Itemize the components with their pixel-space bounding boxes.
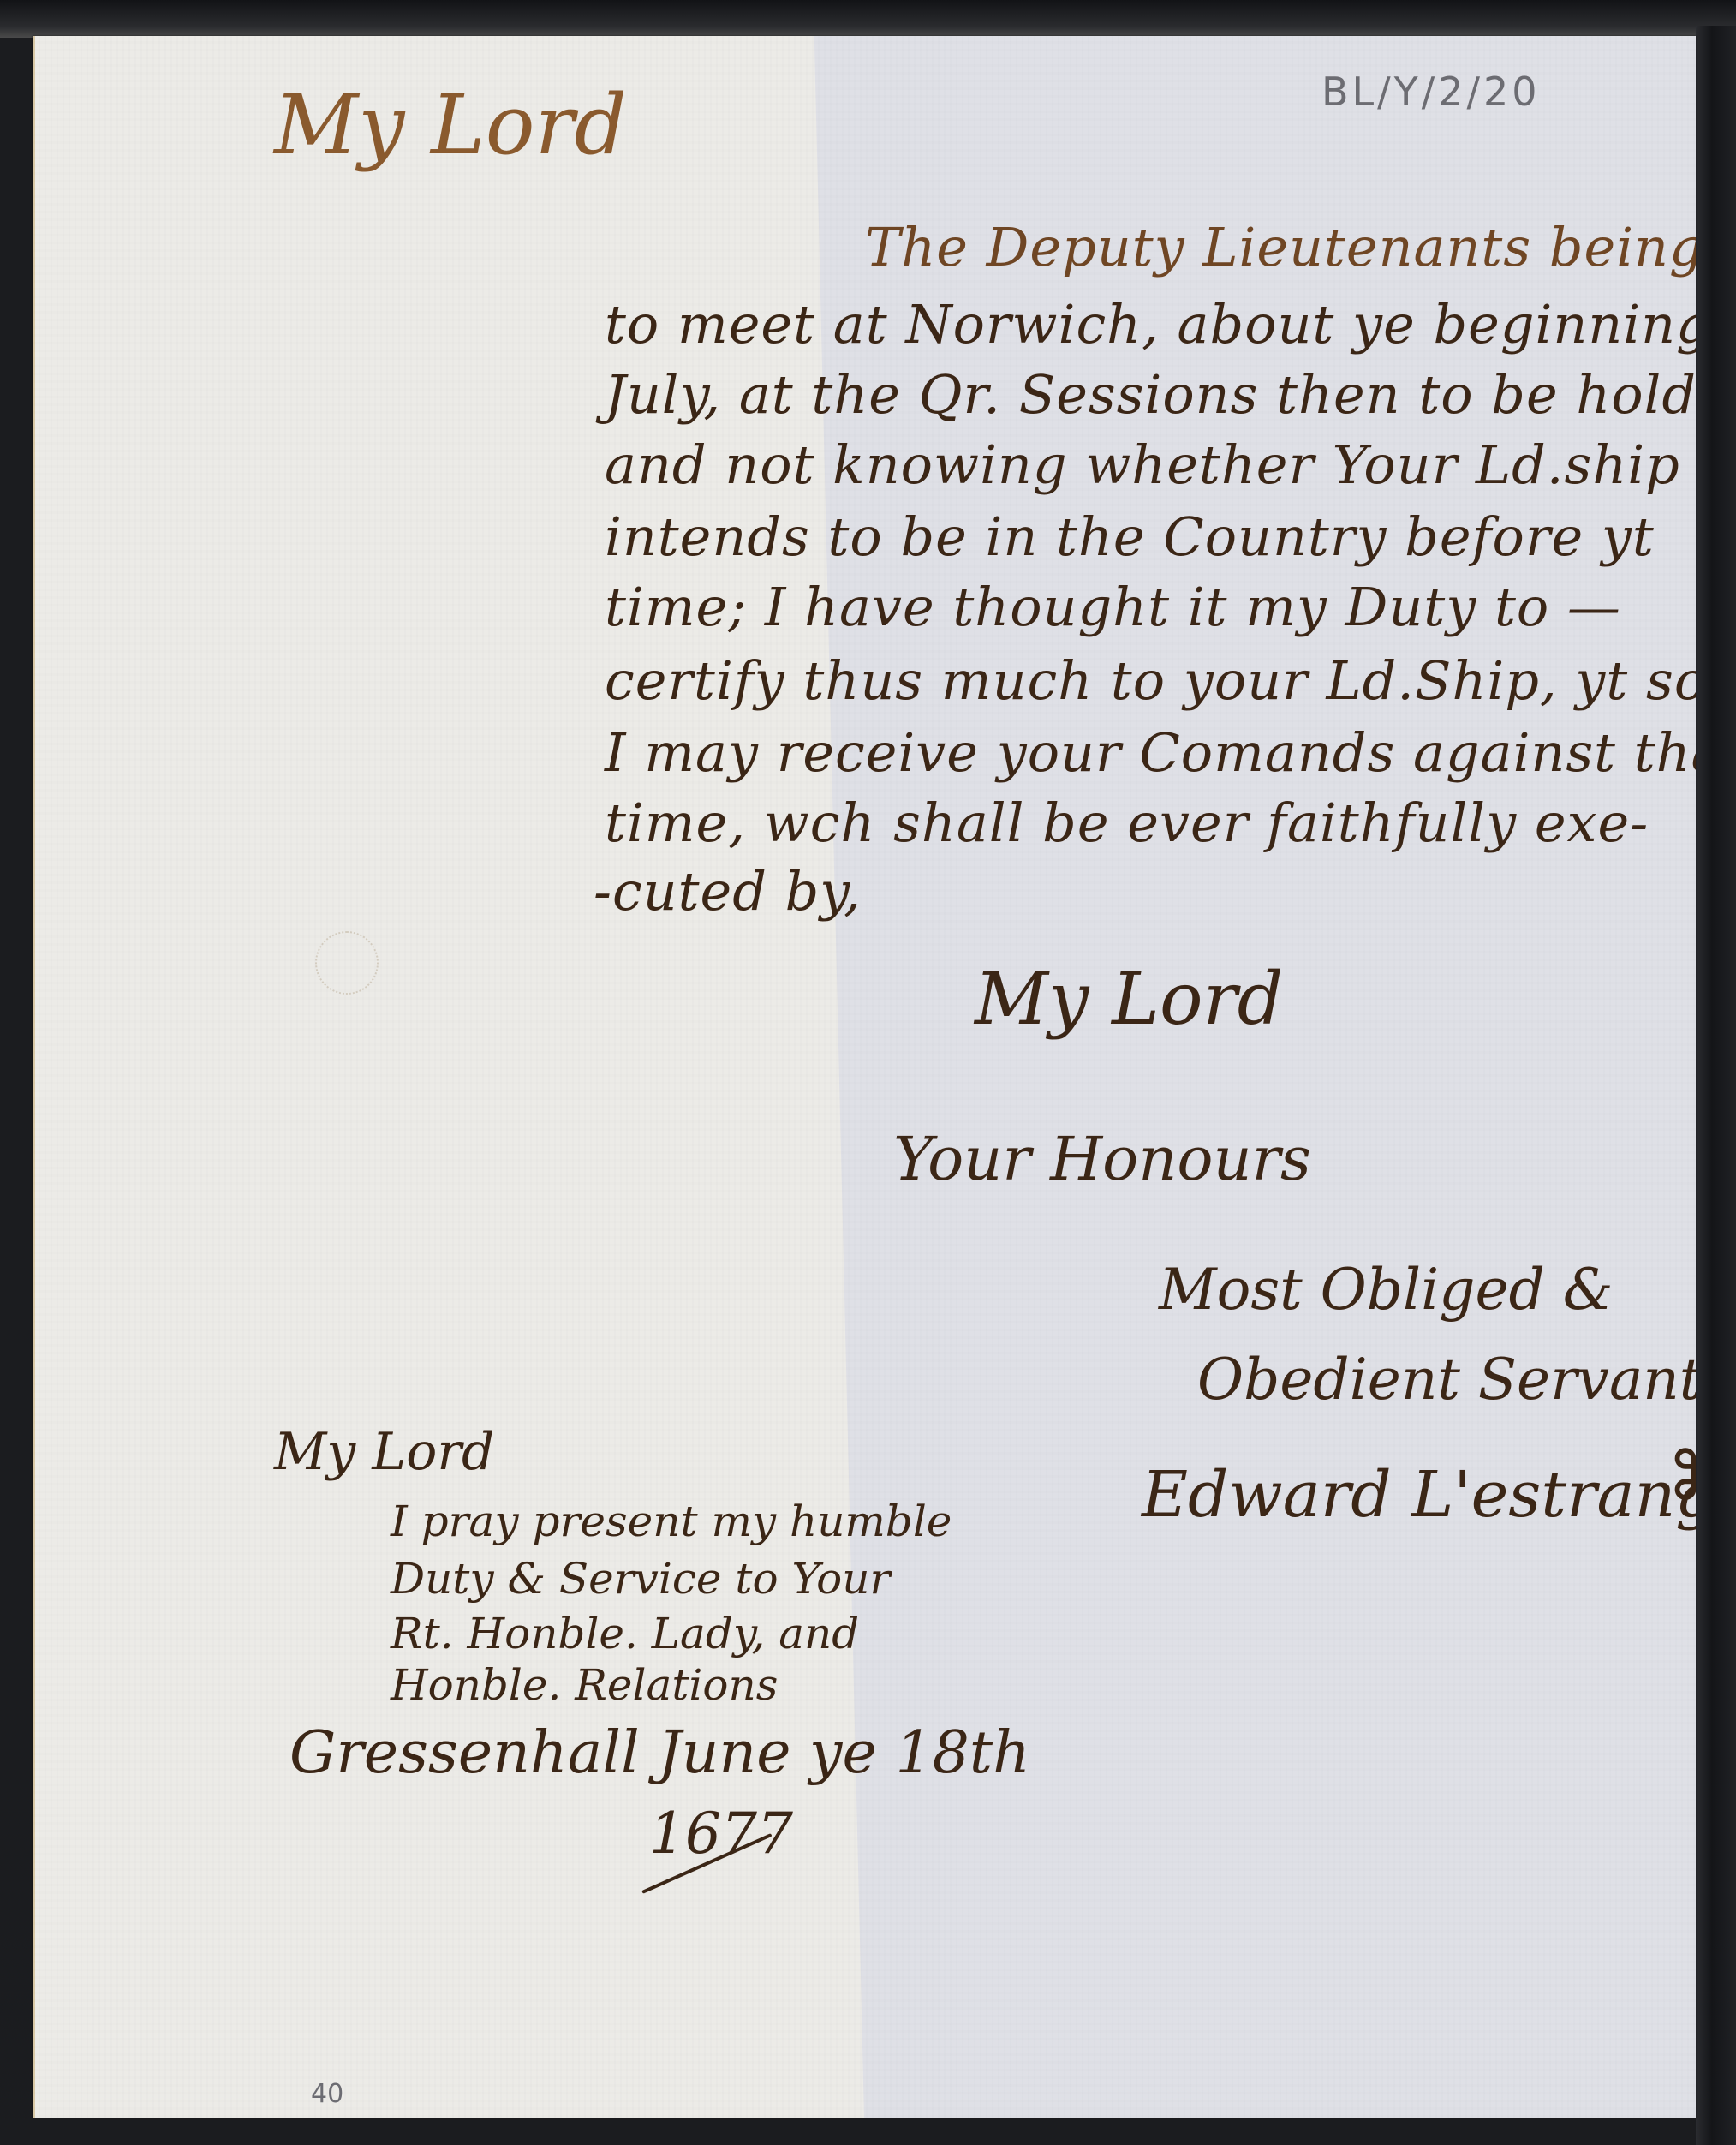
- closing-line: Most Obliged &: [1159, 1257, 1614, 1323]
- body-line: The Deputy Lieutenants being: [865, 216, 1696, 278]
- postscript-address: My Lord: [274, 1422, 494, 1482]
- scanner-frame-top: [0, 0, 1736, 38]
- letter-page: My Lord BL/Y/2/20 The Deputy Lieutenants…: [33, 36, 1696, 2118]
- signature-flourish-icon: ⌘: [1667, 1437, 1696, 1516]
- body-line: to meet at Norwich, about ye beginning o…: [605, 293, 1696, 356]
- place-date: Gressenhall June ye 18th: [289, 1719, 1030, 1787]
- body-line: and not knowing whether Your Ld.ship: [605, 433, 1680, 496]
- body-line: July, at the Qr. Sessions then to be hol…: [605, 363, 1696, 426]
- salutation-heading: My Lord: [274, 77, 627, 173]
- body-line: -cuted by,: [594, 860, 862, 923]
- body-line: certify thus much to your Ld.Ship, yt so: [605, 649, 1696, 712]
- faint-seal-mark: [315, 931, 379, 995]
- closing-line: Your Honours: [893, 1124, 1311, 1194]
- folio-number: 40: [311, 2079, 343, 2109]
- body-line: time, wch shall be ever faithfully exe-: [605, 792, 1649, 854]
- signature: Edward L'estrange: [1142, 1458, 1696, 1532]
- archive-reference: BL/Y/2/20: [1321, 69, 1541, 115]
- closing-address: My Lord: [975, 957, 1283, 1041]
- postscript-line: I pray present my humble: [391, 1497, 952, 1546]
- postscript-line: Rt. Honble. Lady, and: [391, 1609, 859, 1658]
- closing-line: Obedient Servant: [1197, 1347, 1696, 1413]
- postscript-line: Duty & Service to Your: [391, 1554, 890, 1604]
- body-line: intends to be in the Country before yt: [605, 505, 1655, 568]
- postscript-line: Honble. Relations: [391, 1660, 778, 1710]
- body-line: I may receive your Comands against that: [605, 721, 1696, 784]
- body-line: time; I have thought it my Duty to —: [605, 576, 1621, 638]
- scanner-frame-right: [1696, 26, 1736, 2145]
